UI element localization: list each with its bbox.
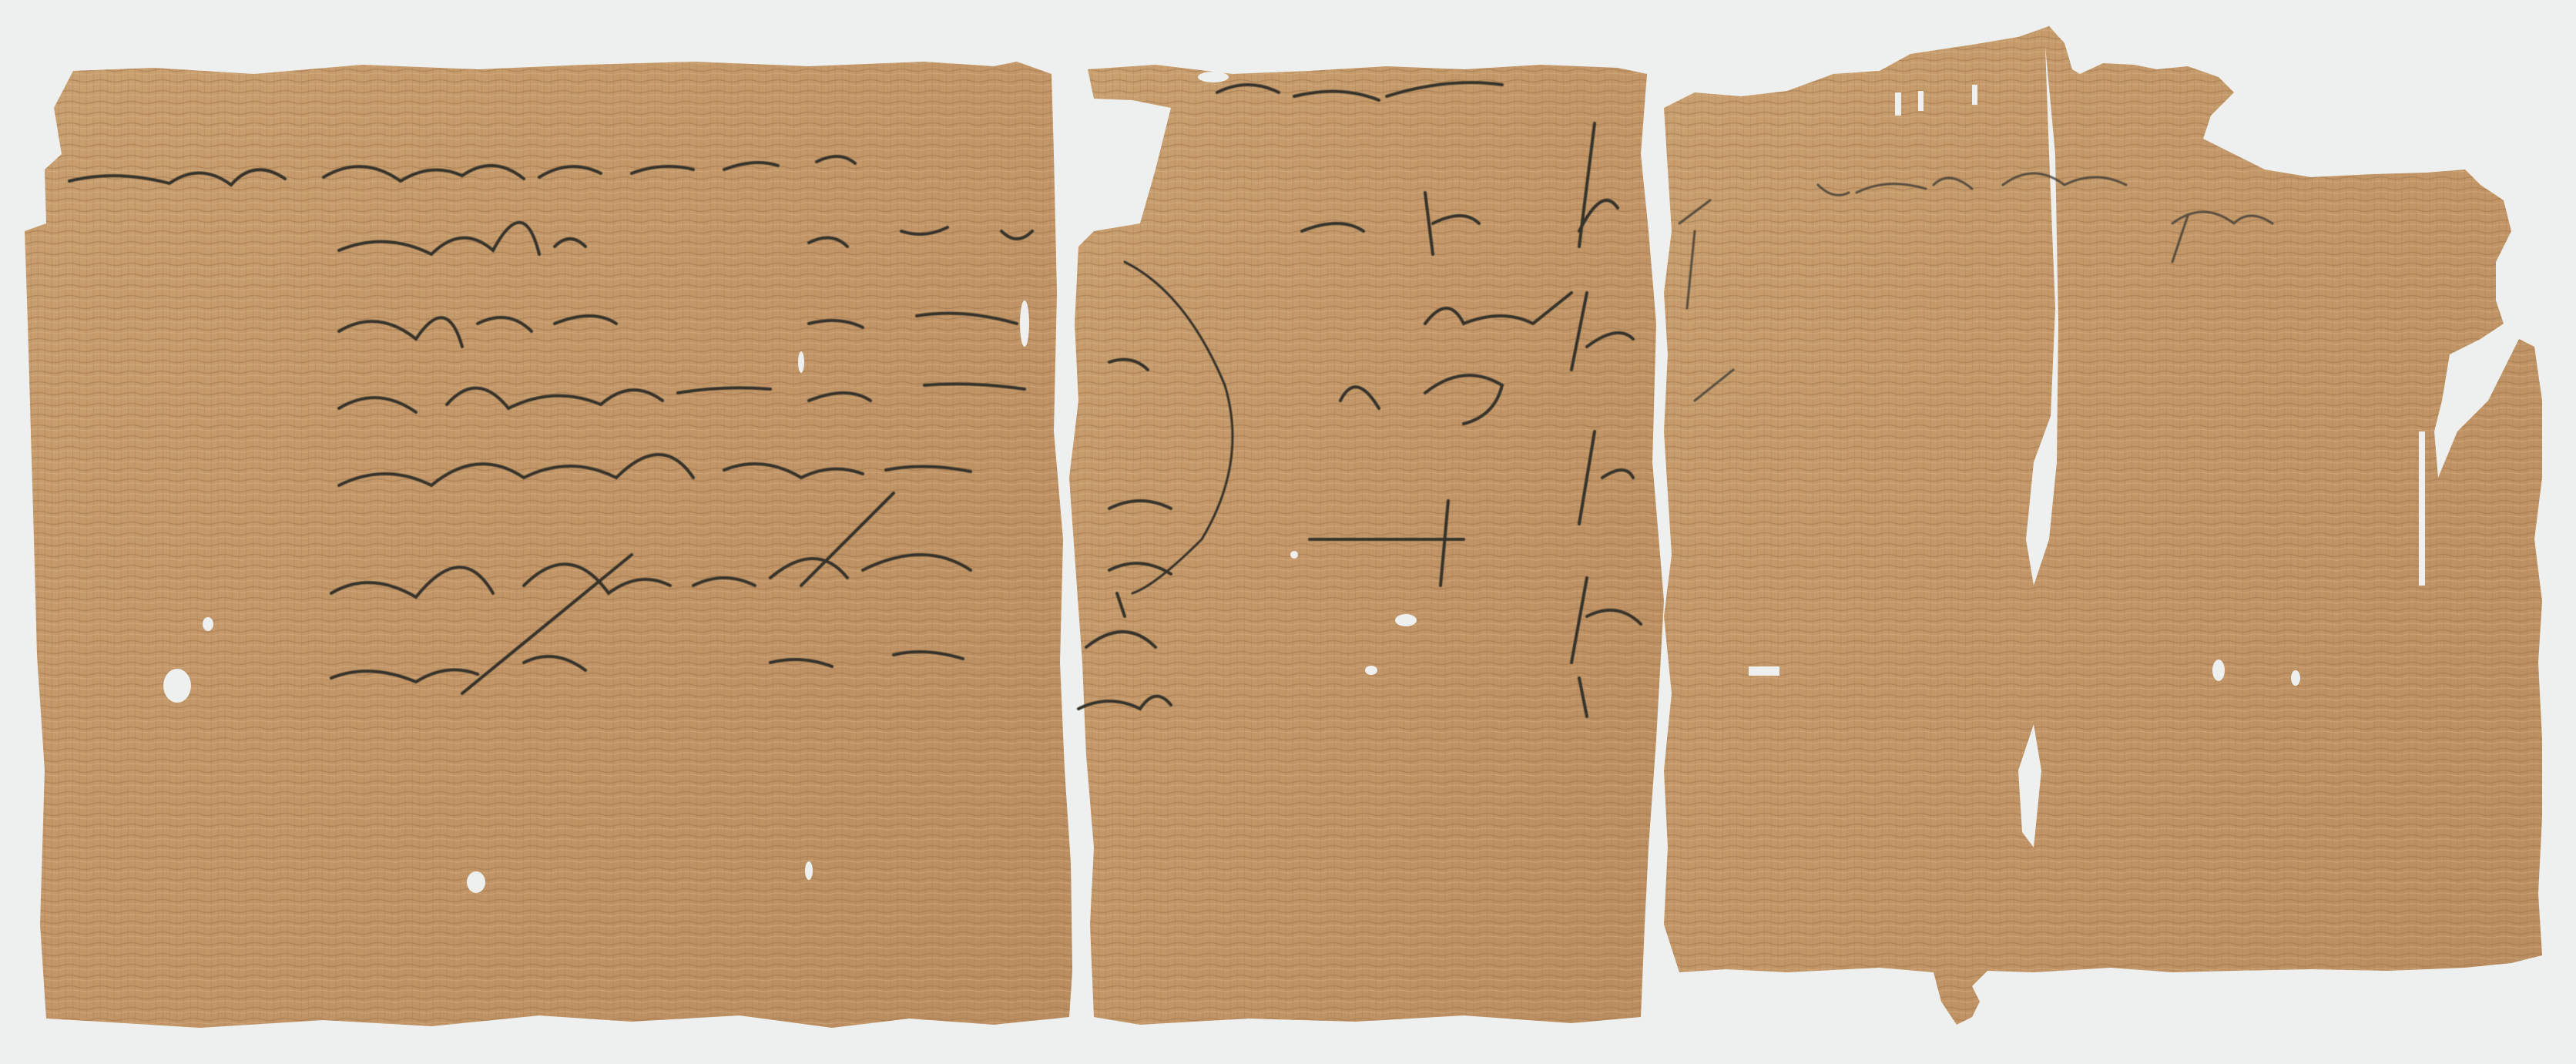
fragment-right (1664, 26, 2542, 1025)
fragment-middle (1069, 65, 1664, 1025)
fragment-left (25, 62, 1072, 1028)
papyrus-svg (0, 0, 2576, 1064)
papyrus-photograph: Papyrus fragments with cursive Greek han… (0, 0, 2576, 1064)
